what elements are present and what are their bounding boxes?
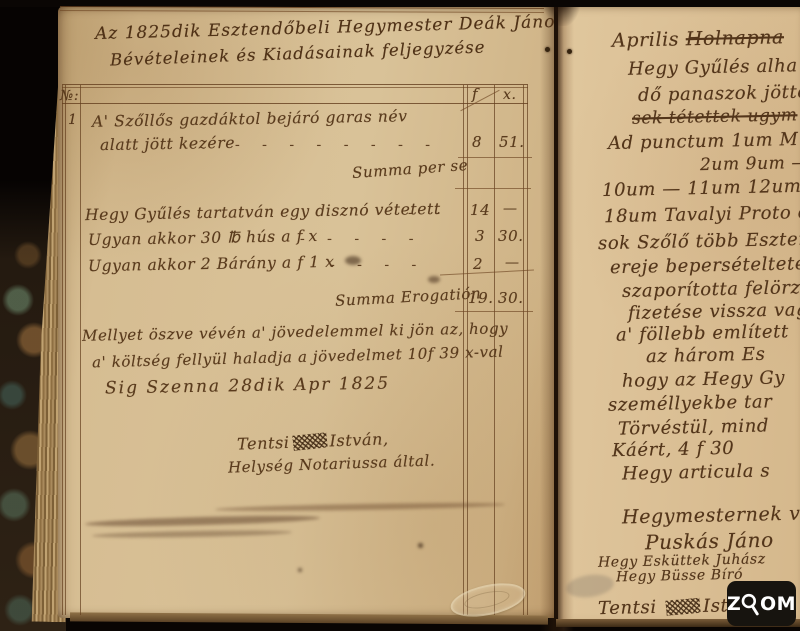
manuscript-line: Hegy Büsse Bíró bbox=[616, 567, 743, 586]
amount-forint: 3 bbox=[475, 227, 485, 245]
table-rule bbox=[62, 103, 528, 104]
table-rule bbox=[523, 85, 524, 615]
zoom-watermark-text-pre: Z bbox=[727, 593, 741, 615]
table-rule bbox=[455, 311, 533, 312]
binding-hole bbox=[567, 49, 572, 54]
table-rule bbox=[62, 87, 528, 88]
magnifier-icon bbox=[740, 593, 761, 617]
table-rule bbox=[65, 85, 66, 615]
table-rule bbox=[458, 157, 532, 158]
ink-blotch bbox=[428, 276, 440, 283]
ink-blot-strikeout bbox=[665, 598, 700, 616]
amount-krajcar: 30. bbox=[498, 227, 524, 245]
summa-forint: 19. bbox=[468, 289, 494, 307]
manuscript-line: Káért, 4 f 30 bbox=[612, 438, 735, 462]
manuscript-line: Törvéstül, mind bbox=[618, 415, 769, 439]
ink-dot bbox=[418, 543, 423, 548]
manuscript-line: Hegy Gyűlés alha bbox=[628, 55, 798, 80]
manuscript-line: szaporította felörze bbox=[622, 277, 800, 302]
manuscript-line: 2um 9um — bbox=[700, 153, 800, 175]
manuscript-line: Hegymesternek válasz bbox=[622, 502, 800, 529]
leader-dashes: - - - - - bbox=[300, 231, 422, 247]
zoom-watermark-text-post: OM bbox=[760, 593, 796, 615]
ink-blot-strikeout bbox=[292, 432, 327, 450]
manuscript-line: dő panaszok jöttek f bbox=[638, 81, 800, 106]
amount-krajcar: 51. bbox=[499, 133, 525, 151]
manuscript-line: Puskás Jáno bbox=[645, 528, 774, 555]
ledger-row-text: alatt jött kezére bbox=[100, 134, 235, 154]
manuscript-line: az három Es bbox=[646, 344, 766, 367]
manuscript-photo: Az 1825dik Esztendőbeli Hegymester Deák … bbox=[0, 0, 800, 631]
column-header-krajcar: x. bbox=[503, 87, 517, 103]
summa-krajcar: 30. bbox=[498, 289, 524, 307]
manuscript-line: hogy az Hegy Gy bbox=[622, 367, 785, 391]
row-number: 1 bbox=[68, 112, 78, 128]
manuscript-line: Hegy articula s bbox=[622, 460, 771, 484]
column-header-forint: f bbox=[472, 85, 478, 103]
amount-krajcar: — bbox=[503, 201, 518, 217]
manuscript-line: Aprilis Holnapna bbox=[612, 26, 784, 52]
leader-dashes: - - - - - - - - bbox=[235, 137, 439, 153]
manuscript-line: Ad punctum 1um M bbox=[608, 129, 799, 154]
manuscript-line: sok Szőlő több Eszten bbox=[598, 229, 800, 254]
binding-hole bbox=[545, 47, 550, 52]
amount-forint: 2 bbox=[473, 255, 483, 273]
amount-forint: 14 bbox=[470, 201, 490, 219]
leader-dashes: - - bbox=[408, 205, 449, 221]
manuscript-line: fizetése vissza vagy bbox=[628, 299, 800, 324]
column-header-number: №: bbox=[60, 88, 79, 104]
signature-name-pre: Tentsi bbox=[237, 433, 290, 454]
manuscript-line: 18um Tavalyi Proto co bbox=[604, 202, 800, 228]
embossed-seal-inner-ring bbox=[463, 588, 511, 612]
table-rule bbox=[455, 188, 531, 189]
left-page-paper bbox=[58, 6, 554, 618]
signature-name-post: István, bbox=[329, 429, 389, 450]
ink-blotch bbox=[345, 256, 361, 265]
table-rule bbox=[62, 85, 63, 615]
zoom-watermark-badge: Z OM bbox=[727, 581, 796, 626]
manuscript-line: a' föllebb említett bbox=[616, 321, 789, 346]
manuscript-line: személlyekbe tar bbox=[608, 391, 773, 415]
table-rule bbox=[80, 85, 81, 615]
manuscript-line: ereje bepersételtetett, bbox=[610, 253, 800, 279]
ink-dot bbox=[298, 568, 302, 572]
manuscript-line: sek tétettek ugym bbox=[632, 105, 798, 128]
table-rule bbox=[62, 84, 528, 85]
book-gutter bbox=[540, 0, 574, 631]
table-rule bbox=[527, 85, 528, 615]
amount-forint: 8 bbox=[472, 133, 482, 151]
amount-krajcar: — bbox=[505, 255, 520, 271]
